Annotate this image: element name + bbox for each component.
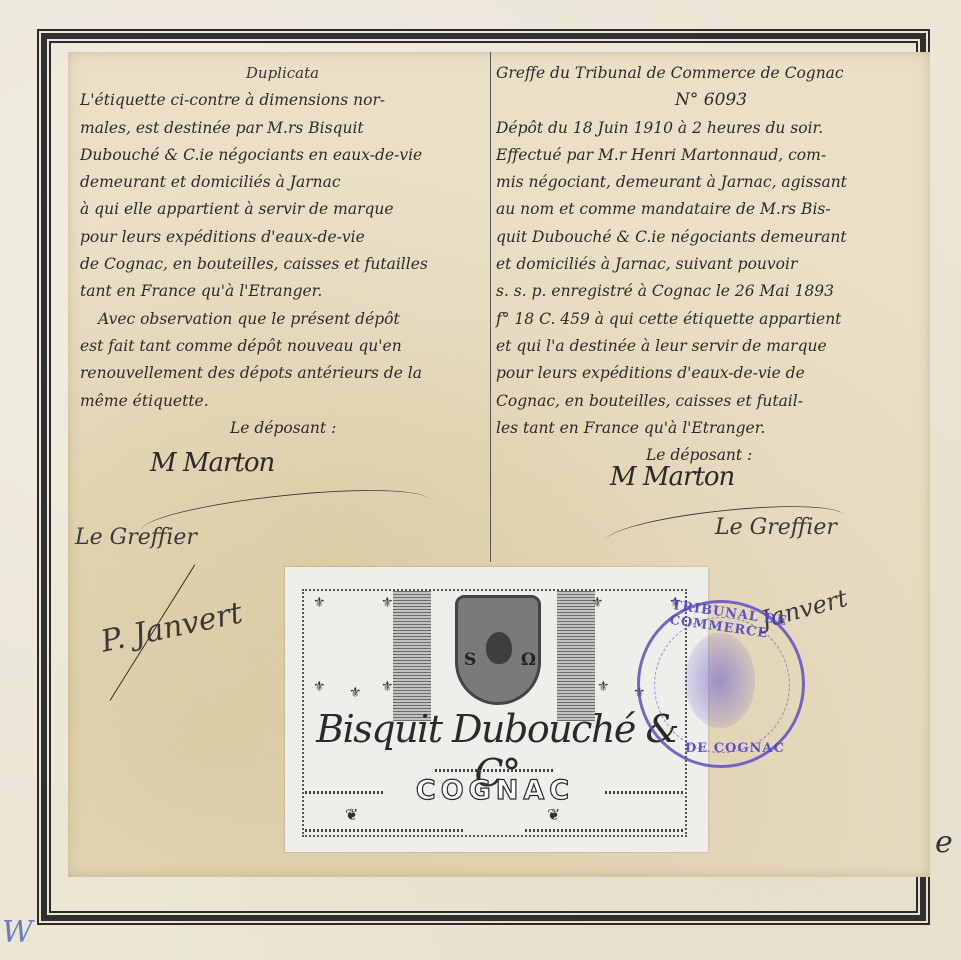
text-line: et domiciliés à Jarnac, suivant pouvoir [496, 251, 926, 278]
margin-handwriting-mark: e [935, 825, 953, 860]
text-line: de Cognac, en bouteilles, caisses et fut… [80, 251, 485, 278]
depositor-signature-right: M Marton [610, 462, 734, 492]
duplicate-title: Duplicata [80, 60, 485, 87]
left-column-text: Duplicata L'étiquette ci-contre à dimens… [80, 60, 485, 442]
text-line: au nom et comme mandataire de M.rs Bis- [496, 196, 926, 223]
text-line: Effectué par M.r Henri Martonnaud, com- [496, 142, 926, 169]
column-divider [490, 52, 491, 562]
clerk-label-left: Le Greffier [75, 525, 197, 550]
scroll-ornament-icon: ❦ [345, 805, 358, 824]
text-line: Dubouché & C.ie négociants en eaux-de-vi… [80, 142, 485, 169]
deposit-number: N° 6093 [496, 87, 926, 114]
fleur-de-lis-icon: ⚜ [313, 595, 326, 611]
fleur-de-lis-icon: ⚜ [597, 679, 610, 695]
label-text-column-right [557, 591, 595, 721]
text-line: Avec observation que le présent dépôt [80, 306, 485, 333]
label-product-name: COGNAC [385, 775, 605, 806]
text-line: quit Dubouché & C.ie négociants demeuran… [496, 224, 926, 251]
scroll-ornament-icon: ❦ [547, 805, 560, 824]
text-line: Cognac, en bouteilles, caisses et futail… [496, 388, 926, 415]
text-line: les tant en France qu'à l'Etranger. [496, 415, 926, 442]
text-line: males, est destinée par M.rs Bisquit [80, 115, 485, 142]
shield-letter: Ω [521, 650, 536, 670]
stamp-text-bottom: DE COGNAC [685, 741, 785, 756]
text-line: à qui elle appartient à servir de marque [80, 196, 485, 223]
label-ornament-rule [435, 769, 555, 772]
label-text-column-left [393, 591, 431, 721]
text-line: demeurant et domiciliés à Jarnac [80, 169, 485, 196]
text-line: même étiquette. [80, 388, 485, 415]
clerk-label-right: Le Greffier [715, 515, 837, 540]
fleur-de-lis-icon: ⚜ [349, 685, 362, 701]
text-line: L'étiquette ci-contre à dimensions nor- [80, 87, 485, 114]
coat-of-arms-icon: S Ω [455, 595, 541, 705]
text-line: renouvellement des dépots antérieurs de … [80, 360, 485, 387]
fleur-de-lis-icon: ⚜ [381, 595, 394, 611]
text-line: pour leurs expéditions d'eaux-de-vie de [496, 360, 926, 387]
liberty-figure-icon [685, 633, 755, 728]
text-line: f° 18 C. 459 à qui cette étiquette appar… [496, 306, 926, 333]
depositor-signature-left: M Marton [150, 448, 274, 478]
fleur-de-lis-icon: ⚜ [591, 595, 604, 611]
margin-blue-ink-mark: W [2, 915, 33, 950]
right-column-text: Greffe du Tribunal de Commerce de Cognac… [496, 60, 926, 469]
shield-letter: S [464, 650, 476, 670]
label-ornament-rule [305, 829, 465, 832]
court-seal-stamp: TRIBUNAL DE COMMERCE DE COGNAC [637, 600, 805, 768]
fleur-de-lis-icon: ⚜ [313, 679, 326, 695]
text-line: et qui l'a destinée à leur servir de mar… [496, 333, 926, 360]
registry-header: Greffe du Tribunal de Commerce de Cognac [496, 60, 926, 87]
fleur-de-lis-icon: ⚜ [381, 679, 394, 695]
text-line: mis négociant, demeurant à Jarnac, agiss… [496, 169, 926, 196]
text-line: s. s. p. enregistré à Cognac le 26 Mai 1… [496, 278, 926, 305]
text-line: est fait tant comme dépôt nouveau qu'en [80, 333, 485, 360]
label-ornament-rule [525, 829, 685, 832]
text-line: tant en France qu'à l'Etranger. [80, 278, 485, 305]
label-ornament-rule [605, 791, 685, 794]
label-ornament-rule [305, 791, 385, 794]
text-line: Dépôt du 18 Juin 1910 à 2 heures du soir… [496, 115, 926, 142]
text-line: pour leurs expéditions d'eaux-de-vie [80, 224, 485, 251]
depositor-label: Le déposant : [80, 415, 485, 442]
